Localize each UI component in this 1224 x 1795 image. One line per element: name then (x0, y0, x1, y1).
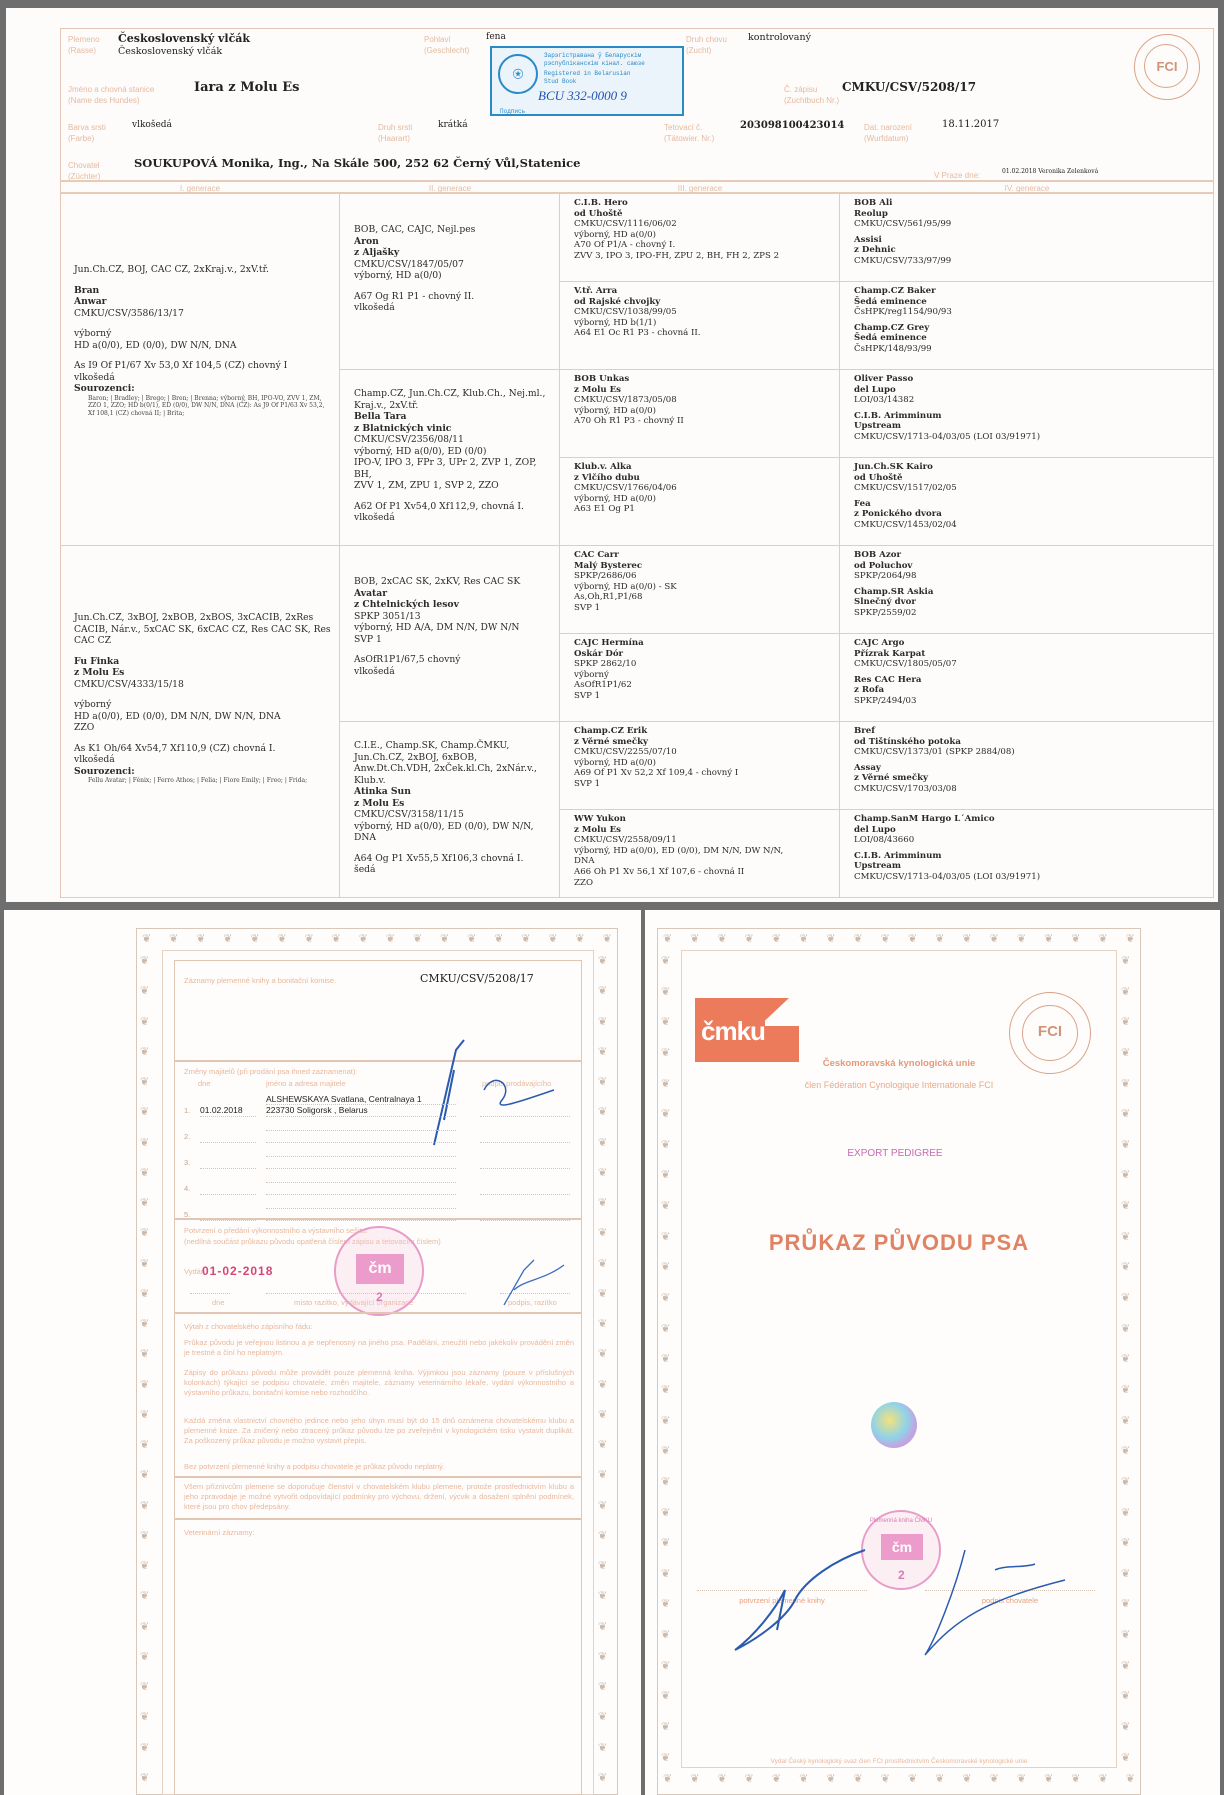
pedigree-text: výborný, HD a(0/0), ED (0/0) (354, 446, 551, 458)
divider (174, 1476, 582, 1478)
ornament-icon: ❦ (140, 1287, 149, 1300)
ornament-icon: ❦ (1121, 1168, 1130, 1181)
pedigree-ancestor-gen4: CAJC ArgoPřízrak KarpatCMKU/CSV/1805/05/… (840, 634, 1214, 722)
ornament-icon: ❦ (140, 1680, 149, 1693)
ornament-icon: ❦ (663, 932, 672, 945)
pedigree-text: LOI/08/43660 (854, 835, 1205, 846)
ornament-icon: ❦ (661, 1659, 670, 1672)
owner-name: ALSHEWSKAYA Svatlana, Centralnaya 1 (266, 1094, 422, 1104)
pedigree-text: ZZO (74, 722, 331, 734)
pedigree-text: A64 E1 Oc R1 P3 - chovná II. (574, 328, 831, 339)
pedigree-text: CMKU/CSV/1116/06/02 (574, 219, 831, 230)
owner-address-line (266, 1168, 456, 1169)
pedigree-text: CAJC Argo (854, 638, 1205, 649)
breeding-type-label: Druh chovu(Zucht) (686, 34, 727, 56)
issued-date-stamp: 01-02-2018 (202, 1264, 273, 1278)
ornament-icon: ❦ (277, 932, 286, 945)
ornament-icon: ❦ (661, 1107, 670, 1120)
pedigree-ancestor-gen3: WW Yukonz Molu EsCMKU/CSV/2558/09/11výbo… (560, 810, 840, 898)
ornament-icon: ❦ (598, 1045, 607, 1058)
ornament-icon: ❦ (908, 1772, 917, 1785)
ornament-icon: ❦ (1121, 1291, 1130, 1304)
ornament-icon: ❦ (140, 1347, 149, 1360)
pedigree-text: Jun.Ch.SK Kairo (854, 462, 1205, 473)
ornament-icon: ❦ (598, 984, 607, 997)
pedigree-text: ZVV 1, ZM, ZPU 1, SVP 2, ZZO (354, 480, 551, 492)
pedigree-text: SPKP/2559/02 (854, 608, 1205, 619)
ornament-icon: ❦ (140, 1529, 149, 1542)
pedigree-text: Champ.SR Askia (854, 587, 1205, 598)
ornament-icon: ❦ (1121, 1383, 1130, 1396)
pedigree-text: CMKU/CSV/2255/07/10 (574, 747, 831, 758)
pedigree-ancestor-gen2: Champ.CZ, Jun.Ch.CZ, Klub.Ch., Nej.ml., … (340, 370, 560, 546)
owner-address-line (266, 1130, 456, 1131)
owner-date-line (200, 1168, 256, 1169)
ornament-icon: ❦ (140, 1408, 149, 1421)
ornament-icon: ❦ (598, 1529, 607, 1542)
ornament-icon: ❦ (598, 1408, 607, 1421)
ornament-icon: ❦ (598, 1710, 607, 1723)
pedigree-text: CMKU/CSV/1766/04/06 (574, 483, 831, 494)
issued-col-day: dne (212, 1298, 225, 1307)
pedigree-text: výborný, HD a(0/0) (574, 758, 831, 769)
ornament-column: ❦❦❦❦❦❦❦❦❦❦❦❦❦❦❦❦❦❦❦❦❦❦❦❦❦❦❦ (661, 954, 670, 1764)
pedigree-text: CMKU/CSV/1373/01 (SPKP 2884/08) (854, 747, 1205, 758)
ornament-icon: ❦ (598, 1105, 607, 1118)
ornament-icon: ❦ (962, 932, 971, 945)
rule-paragraph: Zápisy do průkazu původu může provádět p… (184, 1368, 574, 1398)
ornament-icon: ❦ (603, 932, 612, 945)
pedigree-text: SPKP 3051/13 (354, 611, 551, 623)
ornament-icon: ❦ (772, 932, 781, 945)
owner-address-line (266, 1194, 456, 1195)
ornament-icon: ❦ (1126, 1772, 1135, 1785)
document-title: PRŮKAZ PŮVODU PSA (645, 1230, 1153, 1256)
ornament-icon: ❦ (1121, 1720, 1130, 1733)
ornament-icon: ❦ (1099, 932, 1108, 945)
owner-date-line (200, 1142, 256, 1143)
ornament-icon: ❦ (140, 1438, 149, 1451)
pedigree-text: Malý Bysterec (574, 561, 831, 572)
ornament-icon: ❦ (413, 932, 422, 945)
vet-records-label: Veterinární záznamy: (184, 1528, 254, 1537)
ornament-icon: ❦ (1121, 1567, 1130, 1580)
pedigree-text: od Tištínského potoka (854, 737, 1205, 748)
ornament-icon: ❦ (1121, 1659, 1130, 1672)
owner-address-line (266, 1182, 456, 1183)
pedigree-ancestor-gen4: Jun.Ch.SK Kairood UhoštěCMKU/CSV/1517/02… (840, 458, 1214, 546)
owner-address-line (266, 1104, 456, 1105)
ornament-icon: ❦ (1121, 1628, 1130, 1641)
ornament-icon: ❦ (142, 932, 151, 945)
ornament-icon: ❦ (169, 932, 178, 945)
pedigree-text: vlkošedá (354, 666, 551, 678)
ornament-icon: ❦ (598, 1287, 607, 1300)
ornament-icon: ❦ (1121, 1015, 1130, 1028)
owner-sign-line (480, 1220, 570, 1221)
ornament-icon: ❦ (250, 932, 259, 945)
pedigree-text: Jun.Ch.CZ, BOJ, CAC CZ, 2xKraj.v., 2xV.t… (74, 264, 331, 276)
pedigree-ancestor-gen2: BOB, 2xCAC SK, 2xKV, Res CAC SKAvatarz C… (340, 546, 560, 722)
ornament-icon: ❦ (598, 954, 607, 967)
ornament-icon: ❦ (1099, 1772, 1108, 1785)
pedigree-text: BOB Ali (854, 198, 1205, 209)
pedigree-text: A66 Oh P1 Xv 56,1 Xf 107,6 - chovná II (574, 867, 831, 878)
ornament-icon: ❦ (1121, 1046, 1130, 1059)
ornament-icon: ❦ (1121, 1107, 1130, 1120)
ornament-icon: ❦ (140, 984, 149, 997)
ornament-row: ❦❦❦❦❦❦❦❦❦❦❦❦❦❦❦❦❦❦ (663, 932, 1135, 945)
ornament-icon: ❦ (661, 1046, 670, 1059)
tattoo-label: Tetovací č.(Tätowier. Nr.) (664, 122, 714, 144)
pedigree-text: Šedá eminence (854, 333, 1205, 344)
ornament-icon: ❦ (826, 932, 835, 945)
ornament-icon: ❦ (140, 1196, 149, 1209)
rule-paragraph: Bez potvrzení plemenné knihy a podpisu c… (184, 1462, 574, 1472)
owner-address-line (266, 1142, 456, 1143)
pedigree-text: z Chtelnických lesov (354, 599, 551, 611)
ornament-icon: ❦ (661, 954, 670, 967)
breed-value: Československý vlčák (118, 32, 250, 45)
pedigree-text: CMKU/CSV/1453/02/04 (854, 520, 1205, 531)
breeder-label: Chovatel(Züchter) (68, 160, 100, 182)
siblings-list: Fellu Avatar; | Fénix; | Ferro Athos; | … (74, 777, 331, 785)
pedigree-text: z Molu Es (574, 385, 831, 396)
ornament-icon: ❦ (140, 1136, 149, 1149)
ornament-icon: ❦ (799, 932, 808, 945)
pedigree-text: SPKP/2064/98 (854, 571, 1205, 582)
pedigree-text: CMKU/CSV/2558/09/11 (574, 835, 831, 846)
signature-breeder-icon (895, 1540, 1075, 1660)
pedigree-text: Sourozenci: (74, 383, 331, 395)
rule-paragraph: Průkaz původu je veřejnou listinou a je … (184, 1338, 574, 1358)
pedigree-text: vlkošedá (74, 754, 331, 766)
rule-paragraph: Každá změna vlastnictví chovného jedince… (184, 1416, 574, 1446)
ornament-icon: ❦ (140, 1468, 149, 1481)
owner-number: 5. (184, 1210, 190, 1219)
pedigree-text: Champ.CZ Grey (854, 323, 1205, 334)
pedigree-text: SVP 1 (574, 779, 831, 790)
ornament-row: ❦❦❦❦❦❦❦❦❦❦❦❦❦❦❦❦❦❦ (142, 932, 612, 945)
pedigree-ancestor-gen4: BOB AliReolupCMKU/CSV/561/95/99Assisiz D… (840, 194, 1214, 282)
ornament-icon: ❦ (1121, 1597, 1130, 1610)
pedigree-text: z Věrné smečky (574, 737, 831, 748)
page-separator (0, 902, 1224, 908)
pedigree-ancestor-gen4: Brefod Tištínského potokaCMKU/CSV/1373/0… (840, 722, 1214, 810)
ornament-icon: ❦ (1126, 932, 1135, 945)
pedigree-ancestor-gen2: BOB, CAC, CAJC, Nejl.pesAronz AljaškyCMK… (340, 194, 560, 370)
pedigree-text: A70 Oh R1 P3 - chovný II (574, 416, 831, 427)
ornament-icon: ❦ (1121, 1199, 1130, 1212)
ornament-icon: ❦ (661, 1444, 670, 1457)
pedigree-text: CAJC Hermína (574, 638, 831, 649)
pedigree-text: výborný, HD b(1/1) (574, 318, 831, 329)
ornament-icon: ❦ (990, 1772, 999, 1785)
pedigree-text: ZVV 3, IPO 3, IPO-FH, ZPU 2, BH, FH 2, Z… (574, 251, 831, 262)
pedigree-text: z Aljašky (354, 247, 551, 259)
pedigree-text: CMKU/CSV/4333/15/18 (74, 679, 331, 691)
color-value: vlkošedá (132, 120, 172, 130)
ornament-icon: ❦ (598, 1741, 607, 1754)
pedigree-ancestor-gen3: CAJC HermínaOskár DórSPKP 2862/10výborný… (560, 634, 840, 722)
dotted-line (190, 1293, 230, 1294)
ornament-icon: ❦ (548, 932, 557, 945)
ornament-icon: ❦ (598, 1257, 607, 1270)
pedigree-page-cover: ❦❦❦❦❦❦❦❦❦❦❦❦❦❦❦❦❦❦ ❦❦❦❦❦❦❦❦❦❦❦❦❦❦❦❦❦❦ ❦❦… (645, 910, 1220, 1795)
owners-col-date: dne (198, 1079, 211, 1088)
pedigree-text: Atinka Sun (354, 786, 551, 798)
generation-header: III. generace (560, 180, 840, 194)
pedigree-text: Klub.v. Alka (574, 462, 831, 473)
pedigree-text: Avatar (354, 588, 551, 600)
ornament-icon: ❦ (661, 1383, 670, 1396)
pedigree-ancestor-gen2: C.I.E., Champ.SK, Champ.ČMKU, Jun.Ch.CZ,… (340, 722, 560, 898)
generation-header: IV. generace (840, 180, 1214, 194)
hologram-icon (871, 1402, 917, 1448)
pedigree-text: Anwar (74, 296, 331, 308)
stamp-text-line: Stud Book (544, 78, 576, 85)
owner-number: 3. (184, 1158, 190, 1167)
owner-date: 01.02.2018 (200, 1105, 243, 1115)
ornament-icon: ❦ (661, 985, 670, 998)
pedigree-text: CMKU/CSV/1517/02/05 (854, 483, 1205, 494)
records-label: Záznamy plemenné knihy a bonitační komis… (184, 976, 336, 985)
ornament-icon: ❦ (772, 1772, 781, 1785)
pedigree-text: vlkošedá (354, 302, 551, 314)
pedigree-text: HD a(0/0), ED (0/0), DM N/N, DW N/N, DNA (74, 711, 331, 723)
ornament-icon: ❦ (140, 1589, 149, 1602)
divider (174, 1518, 582, 1520)
owners-col-name: jméno a adresa majitele (266, 1079, 346, 1088)
stud-book-label: Č. zápisu(Zuchtbuch Nr.) (784, 84, 839, 106)
ornament-icon: ❦ (598, 1015, 607, 1028)
ornament-icon: ❦ (196, 932, 205, 945)
ornament-icon: ❦ (1121, 1689, 1130, 1702)
ornament-icon: ❦ (1121, 1322, 1130, 1335)
pedigree-text: ČsHPK/148/93/99 (854, 344, 1205, 355)
pedigree-text: Bella Tara (354, 411, 551, 423)
pedigree-text: del Lupo (854, 385, 1205, 396)
stamp-emblem-icon: ⍟ (498, 54, 538, 94)
ornament-icon: ❦ (598, 1347, 607, 1360)
pedigree-table: I. generaceII. generaceIII. generaceIV. … (60, 180, 1214, 898)
stamp-text-line: Зарэгістравана ў Беларускім (544, 52, 641, 59)
pedigree-text: Upstream (854, 861, 1205, 872)
pedigree-ancestor-gen3: Klub.v. Alkaz Vlčího dubuCMKU/CSV/1766/0… (560, 458, 840, 546)
ornament-icon: ❦ (494, 932, 503, 945)
ornament-icon: ❦ (799, 1772, 808, 1785)
pedigree-text: z Rofa (854, 685, 1205, 696)
stamp-text-line: рэспубліканскім кінал. саюзе (544, 60, 645, 67)
pedigree-text: DNA (574, 856, 831, 867)
records-stud-book-number: CMKU/CSV/5208/17 (420, 972, 534, 985)
ornament-icon: ❦ (690, 932, 699, 945)
ornament-icon: ❦ (140, 1226, 149, 1239)
ornament-icon: ❦ (598, 1771, 607, 1784)
pedigree-text: výborný, HD a(0/0) (574, 230, 831, 241)
ornament-icon: ❦ (140, 1650, 149, 1663)
coat-value: krátká (438, 120, 468, 130)
ornament-icon: ❦ (140, 1257, 149, 1270)
ornament-icon: ❦ (598, 1317, 607, 1330)
ornament-icon: ❦ (305, 932, 314, 945)
pedigree-text: AsOfR1P1/67,5 chovný (354, 654, 551, 666)
pedigree-text: WW Yukon (574, 814, 831, 825)
pedigree-text: CMKU/CSV/1873/05/08 (574, 395, 831, 406)
pedigree-text: CMKU/CSV/1847/05/07 (354, 259, 551, 271)
pedigree-text: A63 E1 Og P1 (574, 504, 831, 515)
extract-label: Výtah z chovatelského zápisního řádu: (184, 1322, 312, 1331)
ornament-icon: ❦ (854, 932, 863, 945)
ornament-icon: ❦ (881, 932, 890, 945)
pedigree-text: šedá (354, 864, 551, 876)
stamp-text-line: Registered in Belarusian (544, 70, 630, 77)
ornament-icon: ❦ (661, 1414, 670, 1427)
pedigree-text: Oliver Passo (854, 374, 1205, 385)
ornament-icon: ❦ (598, 1499, 607, 1512)
ornament-icon: ❦ (661, 1352, 670, 1365)
ornament-icon: ❦ (1121, 1536, 1130, 1549)
org-name: Českomoravská kynologická unie (645, 1058, 1153, 1069)
pedigree-ancestor-gen4: BOB Azorod PoluchovSPKP/2064/98Champ.SR … (840, 546, 1214, 634)
cmku-logo-icon: čmku (695, 998, 799, 1062)
ornament-icon: ❦ (359, 932, 368, 945)
pedigree-text: Assay (854, 763, 1205, 774)
ornament-column: ❦❦❦❦❦❦❦❦❦❦❦❦❦❦❦❦❦❦❦❦❦❦❦❦❦❦❦❦ (598, 954, 607, 1784)
pedigree-text: Oskár Dór (574, 649, 831, 660)
pedigree-text: BOB, 2xCAC SK, 2xKV, Res CAC SK (354, 576, 551, 588)
pedigree-page-front: Plemeno(Rasse) Československý vlčák Česk… (6, 8, 1218, 902)
ornament-icon: ❦ (140, 1771, 149, 1784)
ornament-icon: ❦ (661, 1322, 670, 1335)
pedigree-text: od Rajské chvojky (574, 297, 831, 308)
siblings-list: Baron; | Bradley; | Brego; | Bren; | Bre… (74, 395, 331, 418)
owner-address-line (266, 1208, 456, 1209)
breed-label: Plemeno(Rasse) (68, 34, 100, 56)
pedigree-text: Assisi (854, 235, 1205, 246)
pedigree-text: výborný, HD a(0/0) (574, 406, 831, 417)
ornament-icon: ❦ (140, 1166, 149, 1179)
signature-registrar-icon (715, 1540, 895, 1660)
ornament-icon: ❦ (661, 1015, 670, 1028)
pedigree-text: výborný, HD a(0/0), ED (0/0), DW N/N, DN… (354, 821, 551, 844)
confirm-label: Potvrzení o předání výkonnostního a výst… (184, 1226, 368, 1235)
stamp-text-line: Подпись (500, 108, 525, 115)
ornament-icon: ❦ (140, 1075, 149, 1088)
ornament-icon: ❦ (935, 932, 944, 945)
pedigree-text: C.I.B. Hero (574, 198, 831, 209)
ornament-icon: ❦ (1121, 1414, 1130, 1427)
owner-date-line (200, 1220, 256, 1221)
coat-label: Druh srsti(Haarart) (378, 122, 412, 144)
pedigree-text: z Molu Es (74, 667, 331, 679)
recommendation-paragraph: Všem příznivcům plemene se doporučuje čl… (184, 1482, 574, 1512)
breeding-book-stamp: čm 2 (334, 1226, 424, 1316)
pedigree-ancestor-gen3: C.I.B. Herood UhoštěCMKU/CSV/1116/06/02v… (560, 194, 840, 282)
stud-book-number: CMKU/CSV/5208/17 (842, 80, 976, 94)
pedigree-ancestor-gen3: Champ.CZ Erikz Věrné smečkyCMKU/CSV/2255… (560, 722, 840, 810)
ornament-icon: ❦ (661, 1536, 670, 1549)
pedigree-text: IPO-V, IPO 3, FPr 3, UPr 2, ZVP 1, ZOP, … (354, 457, 551, 480)
ornament-icon: ❦ (854, 1772, 863, 1785)
pedigree-text: Aron (354, 236, 551, 248)
owner-number: 4. (184, 1184, 190, 1193)
pedigree-text: z Vlčího dubu (574, 473, 831, 484)
ornament-icon: ❦ (1017, 1772, 1026, 1785)
ornament-icon: ❦ (1044, 932, 1053, 945)
ornament-icon: ❦ (598, 1378, 607, 1391)
pedigree-text: BOB Azor (854, 550, 1205, 561)
ornament-icon: ❦ (1121, 1444, 1130, 1457)
pedigree-text: vlkošedá (74, 372, 331, 384)
pedigree-text: z Dehnic (854, 245, 1205, 256)
pedigree-ancestor-gen1: Jun.Ch.CZ, 3xBOJ, 2xBOB, 2xBOS, 3xCACIB,… (60, 546, 340, 898)
pedigree-text: výborný, HD a(0/0) (354, 270, 551, 282)
tattoo-number: 203098100423014 (740, 120, 844, 131)
pedigree-text: od Poluchov (854, 561, 1205, 572)
ornament-icon: ❦ (598, 1166, 607, 1179)
ornament-icon: ❦ (140, 1378, 149, 1391)
signature-issuer-icon (494, 1250, 574, 1310)
org-membership: člen Fédération Cynologique Internationa… (645, 1080, 1153, 1090)
pedigree-text: CMKU/CSV/733/97/99 (854, 256, 1205, 267)
ornament-icon: ❦ (140, 1015, 149, 1028)
ornament-icon: ❦ (521, 932, 530, 945)
pedigree-text: SPKP/2686/06 (574, 571, 831, 582)
ornament-icon: ❦ (598, 1468, 607, 1481)
owner-sign-line (480, 1142, 570, 1143)
pedigree-text: CMKU/CSV/1038/99/05 (574, 307, 831, 318)
cmku-logo-icon: čm (356, 1254, 404, 1284)
ornament-icon: ❦ (826, 1772, 835, 1785)
ornament-icon: ❦ (1017, 932, 1026, 945)
pedigree-text: výborný, HD a(0/0) - SK (574, 582, 831, 593)
export-pedigree-stamp: EXPORT PEDIGREE (645, 1148, 1145, 1159)
owner-address-line (266, 1116, 456, 1117)
pedigree-ancestor-gen4: Oliver Passodel LupoLOI/03/14382C.I.B. A… (840, 370, 1214, 458)
birth-date: 18.11.2017 (942, 119, 999, 130)
ornament-icon: ❦ (663, 1772, 672, 1785)
pedigree-text: SVP 1 (574, 691, 831, 702)
pedigree-text: Upstream (854, 421, 1205, 432)
ornament-icon: ❦ (140, 1559, 149, 1572)
owners-label: Změny majitelů (při prodání psa ihned za… (184, 1067, 357, 1076)
pedigree-text: Bran (74, 285, 331, 297)
pedigree-ancestor-gen1: Jun.Ch.CZ, BOJ, CAC CZ, 2xKraj.v., 2xV.t… (60, 194, 340, 546)
pedigree-text: CMKU/CSV/1805/05/07 (854, 659, 1205, 670)
pedigree-text: CMKU/CSV/2356/08/11 (354, 434, 551, 446)
pedigree-text: Slnečný dvor (854, 597, 1205, 608)
ornament-icon: ❦ (598, 1559, 607, 1572)
ornament-icon: ❦ (140, 1499, 149, 1512)
ornament-row: ❦❦❦❦❦❦❦❦❦❦❦❦❦❦❦❦❦❦ (663, 1772, 1135, 1785)
pedigree-text: z Blatnických vinic (354, 423, 551, 435)
ornament-icon: ❦ (962, 1772, 971, 1785)
ornament-icon: ❦ (332, 932, 341, 945)
pedigree-text: CMKU/CSV/3586/13/17 (74, 308, 331, 320)
ornament-icon: ❦ (1121, 1352, 1130, 1365)
pedigree-text: výborný, HD a(0/0) (574, 494, 831, 505)
pedigree-text: As I9 Of P1/67 Xv 53,0 Xf 104,5 (CZ) cho… (74, 360, 331, 372)
owner-sign-line (480, 1116, 570, 1117)
pedigree-ancestor-gen4: Champ.CZ BakerŠedá eminenceČsHPK/reg1154… (840, 282, 1214, 370)
pedigree-text: Champ.CZ, Jun.Ch.CZ, Klub.Ch., Nej.ml., … (354, 388, 551, 411)
ornament-icon: ❦ (1121, 954, 1130, 967)
ornament-icon: ❦ (140, 1741, 149, 1754)
ornament-icon: ❦ (140, 1045, 149, 1058)
pedigree-text: BOB Unkas (574, 374, 831, 385)
ornament-icon: ❦ (661, 1475, 670, 1488)
